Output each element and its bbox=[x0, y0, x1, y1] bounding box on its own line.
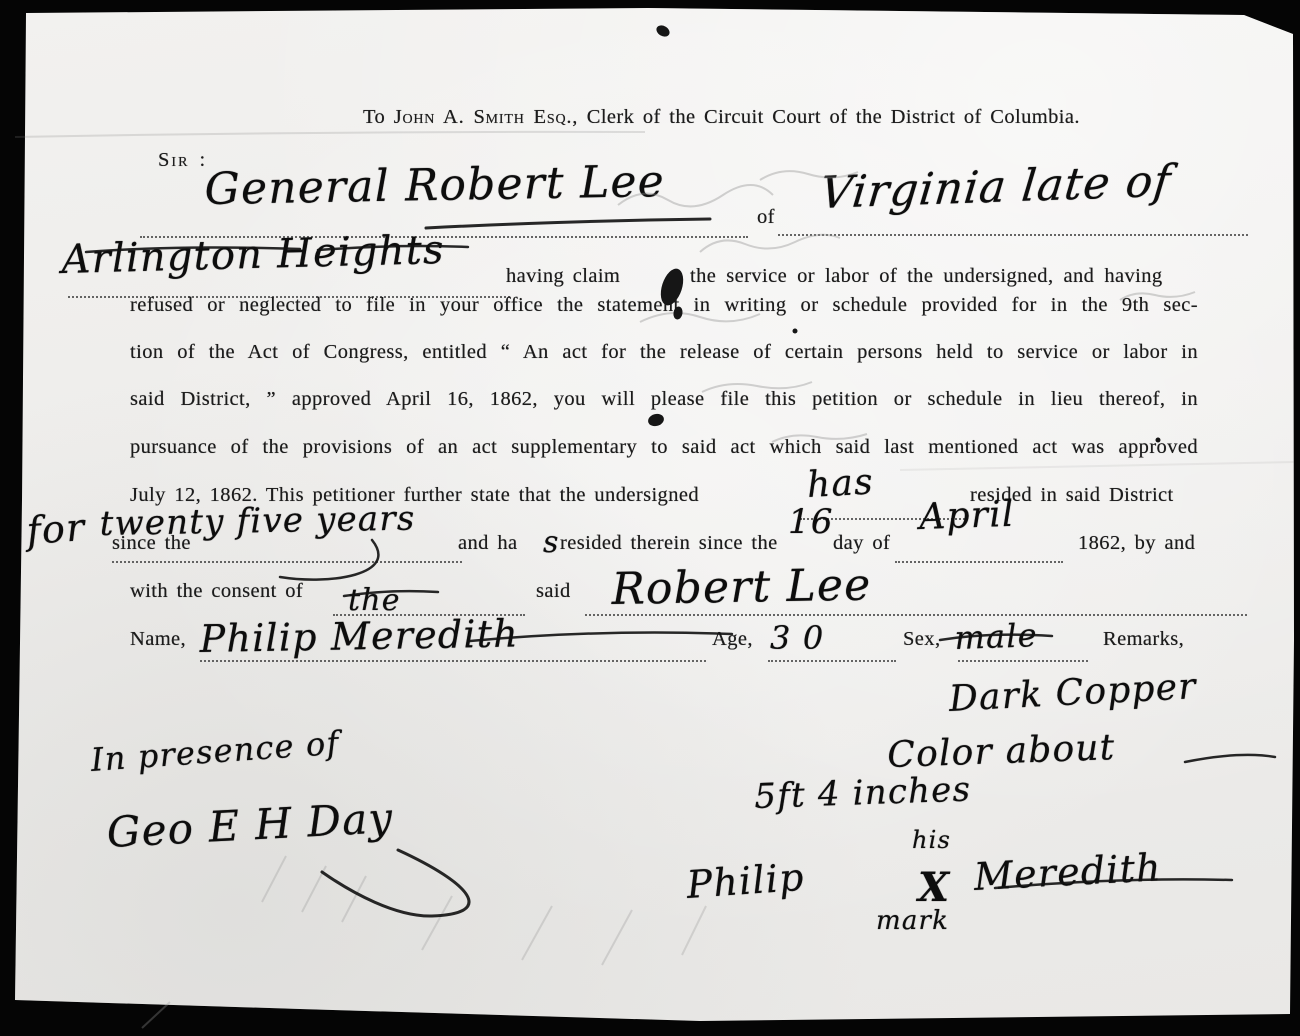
body-line-2: tion of the Act of Congress, entitled “ … bbox=[130, 342, 1198, 363]
remarks-label: Remarks, bbox=[1103, 629, 1184, 650]
addressee-name: John A. Smith Esq., bbox=[394, 106, 579, 128]
blank-age bbox=[768, 660, 896, 662]
for-handwritten: for bbox=[25, 508, 86, 550]
petitioner-name-handwritten: Philip Meredith bbox=[199, 614, 519, 658]
s-handwritten: s bbox=[543, 528, 560, 558]
blank-years bbox=[112, 561, 462, 563]
age-label: Age, bbox=[712, 629, 753, 650]
blank-claimant-state bbox=[778, 234, 1248, 236]
resided-therein-printed: resided therein since the bbox=[560, 533, 778, 554]
blank-month bbox=[895, 561, 1063, 563]
addressee-title: Clerk of the Circuit Court of the Distri… bbox=[587, 106, 1080, 128]
of-label: of bbox=[757, 207, 775, 228]
name-label: Name, bbox=[130, 629, 186, 650]
claimant-place-handwritten: Arlington Heights bbox=[61, 230, 445, 280]
years-handwritten: twenty five years bbox=[99, 501, 415, 541]
line2-rest-text: the service or labor of the undersigned,… bbox=[690, 266, 1163, 287]
body-line-3: said District, ” approved April 16, 1862… bbox=[130, 389, 1198, 410]
salutation: Sir : bbox=[158, 150, 207, 171]
owner-name-handwritten: Robert Lee bbox=[611, 563, 872, 612]
and-ha-printed: and ha bbox=[458, 533, 517, 554]
sex-label: Sex, bbox=[903, 629, 940, 650]
mark-his-handwritten: his bbox=[912, 828, 951, 852]
mark-word-handwritten: mark bbox=[876, 908, 949, 934]
age-handwritten: 3 0 bbox=[770, 622, 825, 654]
blank-owner bbox=[585, 614, 1247, 616]
addressee-to: To bbox=[363, 106, 385, 128]
petition-scan: To John A. Smith Esq., Clerk of the Circ… bbox=[0, 0, 1300, 1036]
mark-x-handwritten: X bbox=[918, 868, 950, 908]
sex-handwritten: male bbox=[954, 619, 1038, 654]
blank-sex bbox=[958, 660, 1088, 662]
claimant-state-handwritten: Virginia late of bbox=[818, 160, 1173, 216]
the-handwritten: the bbox=[348, 586, 401, 616]
month-handwritten: April bbox=[919, 497, 1015, 536]
mark-last-name-handwritten: Meredith bbox=[973, 848, 1163, 896]
said-printed: said bbox=[536, 581, 571, 602]
consent-printed: with the consent of bbox=[130, 581, 303, 602]
remarks-handwritten-3: 5ft 4 inches bbox=[754, 772, 972, 814]
having-claim-text: having claim bbox=[506, 266, 620, 287]
year-printed: 1862, by and bbox=[1078, 533, 1195, 554]
mark-first-name-handwritten: Philip bbox=[685, 858, 805, 904]
addressee-line: To John A. Smith Esq., Clerk of the Circ… bbox=[363, 107, 1080, 128]
body-line-1: refused or neglected to file in your off… bbox=[130, 295, 1198, 316]
day-of-printed: day of bbox=[833, 533, 890, 554]
day-handwritten: 16 bbox=[788, 505, 834, 539]
blank-name bbox=[200, 660, 706, 662]
claimant-name-handwritten: General Robert Lee bbox=[204, 160, 665, 212]
has-handwritten: has bbox=[806, 465, 875, 504]
body-line-4: pursuance of the provisions of an act su… bbox=[130, 437, 1198, 458]
remarks-handwritten-2: Color about bbox=[887, 730, 1116, 774]
